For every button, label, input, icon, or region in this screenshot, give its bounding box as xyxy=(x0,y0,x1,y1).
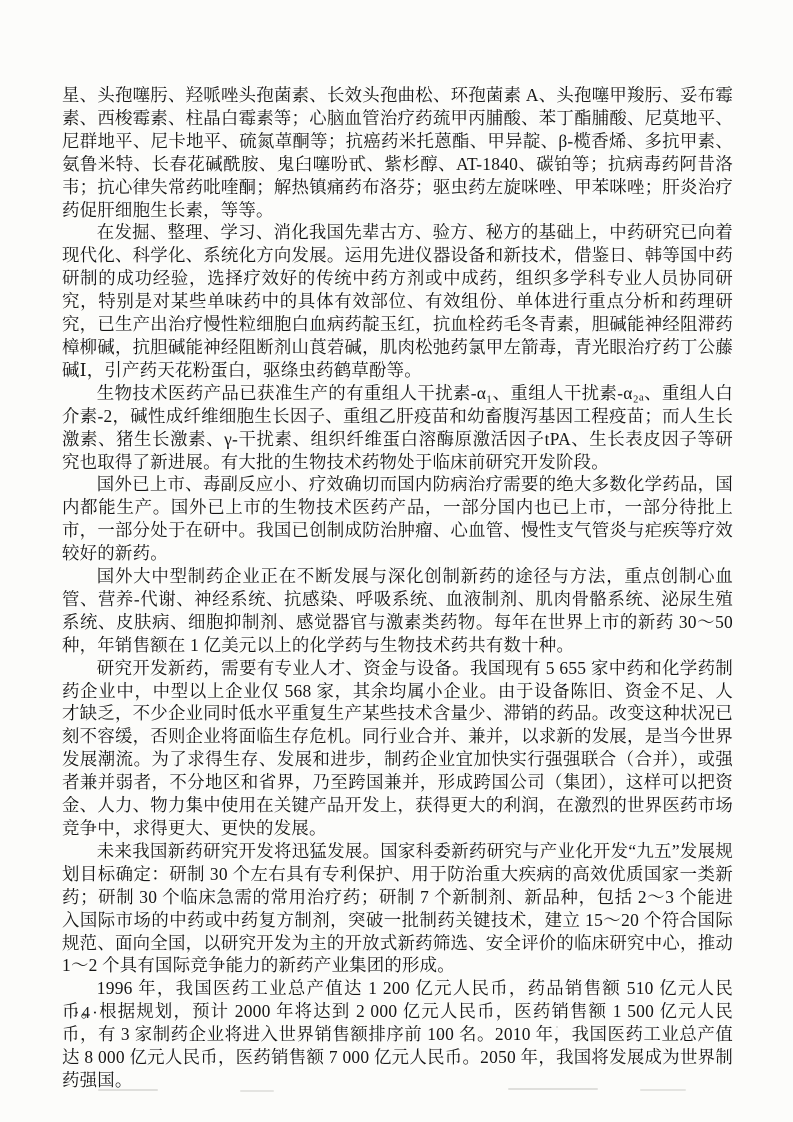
paragraph: 在发掘、整理、学习、消化我国先辈古方、验方、秘方的基础上，中药研究已向着现代化、… xyxy=(62,221,733,381)
paragraph: 生物技术医药产品已获准生产的有重组人干扰素-α₁、重组人干扰素-α₂ₐ、重组人白… xyxy=(62,382,733,474)
paragraph: 国外大中型制药企业正在不断发展与深化创制新药的途径与方法，重点创制心血管、营养-… xyxy=(62,565,733,657)
paragraph: 未来我国新药研究开发将迅猛发展。国家科委新药研究与产业化开发“九五”发展规划目标… xyxy=(62,840,733,977)
scan-artifact xyxy=(240,1090,274,1092)
scan-artifact xyxy=(556,1026,558,1028)
paragraph: 星、头孢噻肟、羟哌唑头孢菌素、长效头孢曲松、环孢菌素 A、头孢噻甲羧肟、妥布霉素… xyxy=(62,84,733,221)
scan-artifact xyxy=(508,1088,598,1090)
page-number: ·4· xyxy=(74,1003,100,1023)
scan-artifact xyxy=(438,1034,441,1037)
paragraph: 国外已上市、毒副反应小、疗效确切而国内防病治疗需要的绝大多数化学药品，国内都能生… xyxy=(62,473,733,565)
scan-artifact xyxy=(98,1089,158,1091)
scanned-page: 星、头孢噻肟、羟哌唑头孢菌素、长效头孢曲松、环孢菌素 A、头孢噻甲羧肟、妥布霉素… xyxy=(0,0,793,1122)
scan-artifact xyxy=(640,1089,686,1091)
text-block: 星、头孢噻肟、羟哌唑头孢菌素、长效头孢曲松、环孢菌素 A、头孢噻甲羧肟、妥布霉素… xyxy=(62,84,733,1092)
paragraph: 1996 年，我国医药工业总产值达 1 200 亿元人民币，药品销售额 510 … xyxy=(62,977,733,1092)
paragraph: 研究开发新药，需要有专业人才、资金与设备。我国现有 5 655 家中药和化学药制… xyxy=(62,657,733,840)
